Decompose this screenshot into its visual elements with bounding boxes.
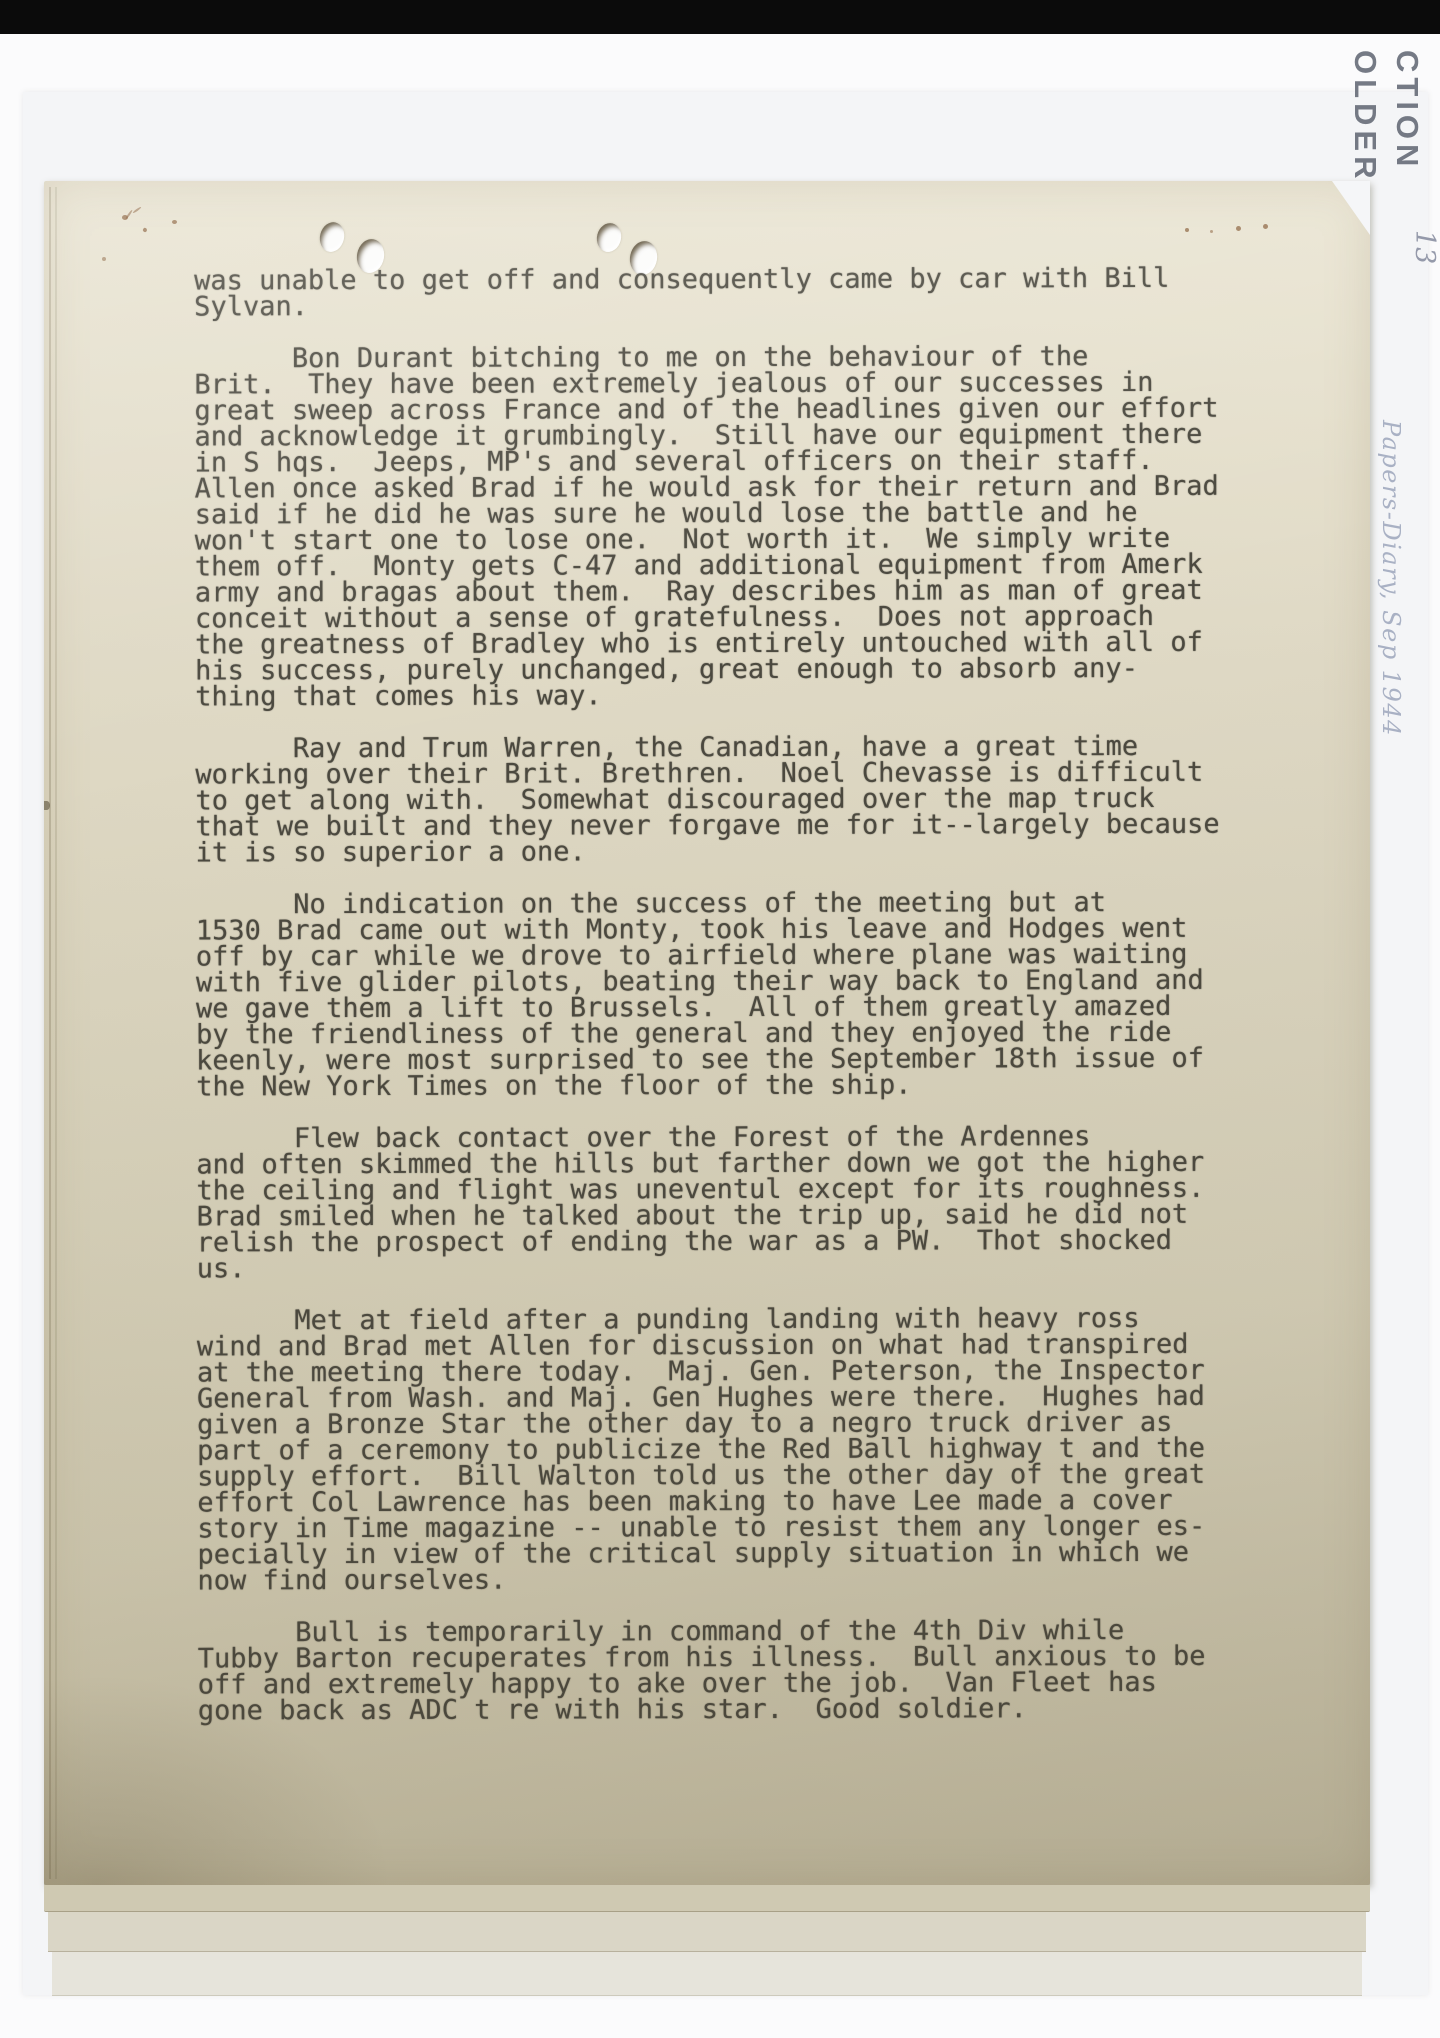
paragraph: Flew back contact over the Forest of the… [196, 1124, 1296, 1283]
stain-mark [125, 209, 133, 219]
sheet-stack-edge [48, 1912, 1366, 1952]
stain-mark [102, 257, 106, 261]
paragraph: Bull is temporarily in command of the 4t… [198, 1618, 1298, 1725]
typed-line: gone back as ADC t re with his star. Goo… [198, 1696, 1298, 1725]
page-stack-edge [55, 187, 57, 1879]
stain-mark [142, 227, 147, 232]
page-edge-nick [44, 801, 50, 810]
stain-mark [1236, 226, 1241, 231]
scan-black-border [0, 0, 1440, 34]
paragraph: was unable to get off and consequently c… [194, 266, 1294, 321]
punch-hole [317, 220, 348, 255]
page-stack-edge [49, 187, 51, 1879]
typed-line: was unable to get off and consequently c… [194, 266, 1294, 295]
stain-mark [1185, 228, 1189, 232]
stain-mark [172, 220, 177, 224]
typed-text-body: was unable to get off and consequently c… [194, 266, 1298, 1751]
punch-hole [594, 221, 624, 255]
paragraph: No indication on the success of the meet… [196, 890, 1297, 1101]
typed-line: thing that comes his way. [195, 682, 1295, 711]
typed-line: relish the prospect of ending the war as… [197, 1228, 1297, 1257]
stain-mark [132, 206, 141, 213]
archival-handwriting-note: Papers-Diary, Sep 1944 [1375, 420, 1405, 1040]
typed-line: now find ourselves. [197, 1566, 1297, 1595]
paragraph: Bon Durant bitching to me on the behavio… [194, 344, 1295, 711]
paragraph: Ray and Trum Warren, the Canadian, have … [195, 734, 1295, 867]
page-corner-cut [1332, 181, 1370, 235]
stain-mark [1210, 230, 1213, 233]
sheet-stack-edge [52, 1952, 1362, 1996]
paragraph: Met at field after a punding landing wit… [197, 1306, 1298, 1595]
folder-number-handwritten: 13 [1410, 230, 1440, 290]
folder-stamp-line1: CTION [1386, 50, 1428, 240]
sheet-stack-edge [44, 1885, 1370, 1912]
stain-mark [1263, 224, 1268, 229]
photocopy-sheet: CTION OLDER 13 Papers-Diary, Sep 1944 wa [23, 92, 1428, 1995]
typed-line: the New York Times on the floor of the s… [196, 1072, 1296, 1101]
typed-line: it is so superior a one. [196, 838, 1296, 867]
typewritten-page: was unable to get off and consequently c… [44, 181, 1370, 1885]
